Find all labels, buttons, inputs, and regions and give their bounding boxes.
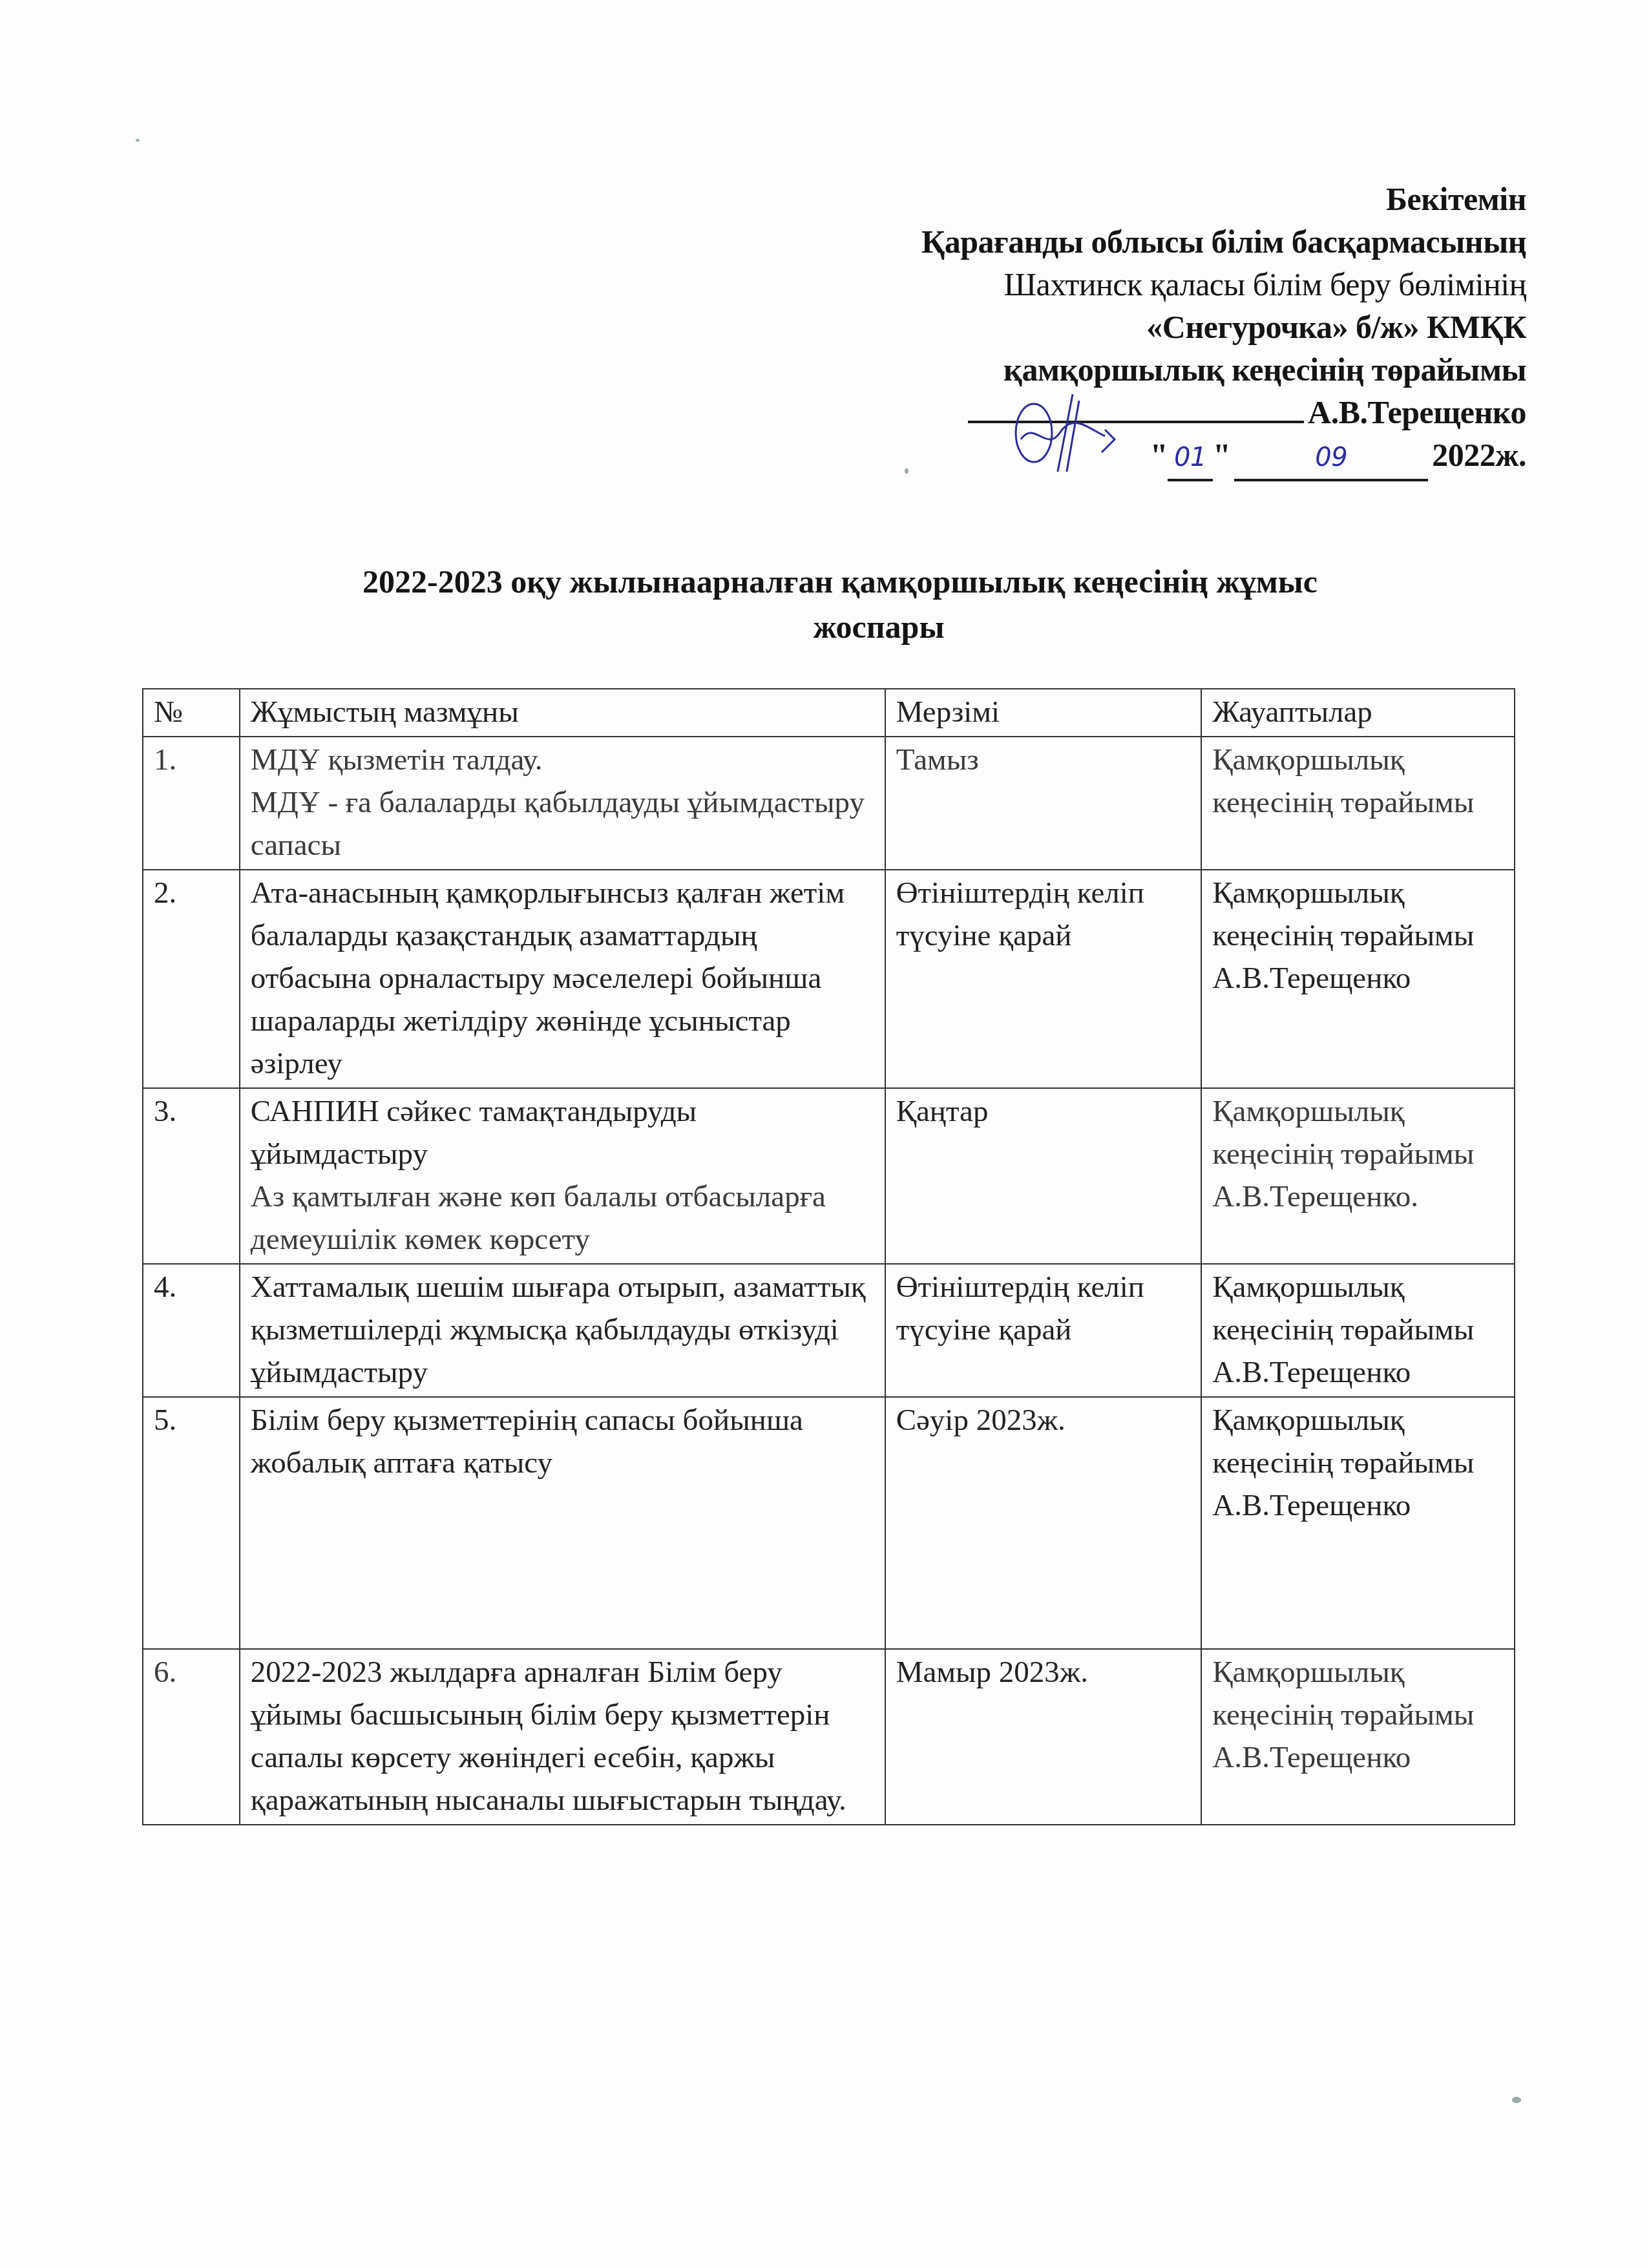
work-plan-table: № Жұмыстың мазмұны Мерзімі Жауаптылар 1.… (142, 688, 1515, 1825)
row-content: 2022-2023 жылдарға арналған Білім беру ұ… (240, 1649, 885, 1825)
approval-org-line: Қарағанды облысы білім басқармасының (921, 220, 1526, 263)
row-responsible: Қамқоршылық кеңесінің төрайымы А.В.Терещ… (1201, 1397, 1515, 1649)
row-responsible: Қамқоршылық кеңесінің төрайымы А.В.Терещ… (1201, 1649, 1515, 1825)
date-month: 09 (1234, 436, 1428, 481)
document-page: Бекітемін Қарағанды облысы білім басқарм… (0, 0, 1649, 2268)
row-term: Өтініштердің келіп түсуіне қарай (885, 870, 1202, 1088)
header-number: № (143, 689, 240, 737)
scan-speck (905, 468, 909, 474)
title-line-1: 2022-2023 оқу жылынаарналған қамқоршылық… (362, 563, 1318, 600)
header-term: Мерзімі (885, 689, 1202, 737)
row-content: Білім беру қызметтерінің сапасы бойынша … (240, 1397, 885, 1649)
table-row: 4. Хаттамалық шешім шығара отырып, азама… (143, 1264, 1515, 1397)
approval-position-line: қамқоршылық кеңесінің төрайымы (921, 348, 1526, 391)
scan-speck (1512, 2097, 1521, 2103)
row-content: Хаттамалық шешім шығара отырып, азаматты… (240, 1264, 885, 1397)
row-number: 1. (143, 737, 240, 870)
scan-speck (136, 139, 140, 142)
table-row: 5. Білім беру қызметтерінің сапасы бойын… (143, 1397, 1515, 1649)
signature-row: А.В.Терещенко (921, 391, 1526, 434)
approval-block: Бекітемін Қарағанды облысы білім басқарм… (921, 178, 1526, 481)
document-title: 2022-2023 оқу жылынаарналған қамқоршылық… (194, 559, 1486, 649)
table-row: 6. 2022-2023 жылдарға арналған Білім бер… (143, 1649, 1515, 1825)
approval-dept-line: Шахтинск қаласы білім беру бөлімінің (921, 263, 1526, 306)
row-term: Қаңтар (885, 1088, 1202, 1264)
row-number: 6. (143, 1649, 240, 1825)
row-responsible: Қамқоршылық кеңесінің төрайымы А.В.Терещ… (1201, 1088, 1515, 1264)
row-content: САНПИН сәйкес тамақтандыруды ұйымдастыру… (240, 1088, 885, 1264)
table-header-row: № Жұмыстың мазмұны Мерзімі Жауаптылар (143, 689, 1515, 737)
row-content: МДҰ қызметін талдау. МДҰ - ға балаларды … (240, 737, 885, 870)
row-term: Мамыр 2023ж. (885, 1649, 1202, 1825)
approval-date-row: "01"092022ж. (921, 434, 1526, 481)
title-line-2: жоспары (194, 604, 1486, 649)
date-year: 2022ж. (1432, 437, 1526, 473)
row-responsible: Қамқоршылық кеңесінің төрайымы (1201, 737, 1515, 870)
row-responsible: Қамқоршылық кеңесінің төрайымы А.В.Терещ… (1201, 870, 1515, 1088)
header-responsible: Жауаптылар (1201, 689, 1515, 737)
date-day: 01 (1168, 436, 1213, 481)
approval-institution-line: «Снегурочка» б/ж» КМҚК (921, 306, 1526, 348)
row-content: Ата-анасының қамқорлығынсыз қалған жетім… (240, 870, 885, 1088)
table-row: 3. САНПИН сәйкес тамақтандыруды ұйымдаст… (143, 1088, 1515, 1264)
signature-line (968, 395, 1304, 423)
row-number: 2. (143, 870, 240, 1088)
row-term: Өтініштердің келіп түсуіне қарай (885, 1264, 1202, 1397)
row-term: Сәуір 2023ж. (885, 1397, 1202, 1649)
header-content: Жұмыстың мазмұны (240, 689, 885, 737)
table-row: 2. Ата-анасының қамқорлығынсыз қалған же… (143, 870, 1515, 1088)
table-row: 1. МДҰ қызметін талдау. МДҰ - ға балалар… (143, 737, 1515, 870)
row-responsible: Қамқоршылық кеңесінің төрайымы А.В.Терещ… (1201, 1264, 1515, 1397)
row-number: 3. (143, 1088, 240, 1264)
row-term: Тамыз (885, 737, 1202, 870)
row-number: 5. (143, 1397, 240, 1649)
signer-name: А.В.Терещенко (1308, 394, 1526, 430)
approval-heading: Бекітемін (921, 178, 1526, 220)
row-number: 4. (143, 1264, 240, 1397)
